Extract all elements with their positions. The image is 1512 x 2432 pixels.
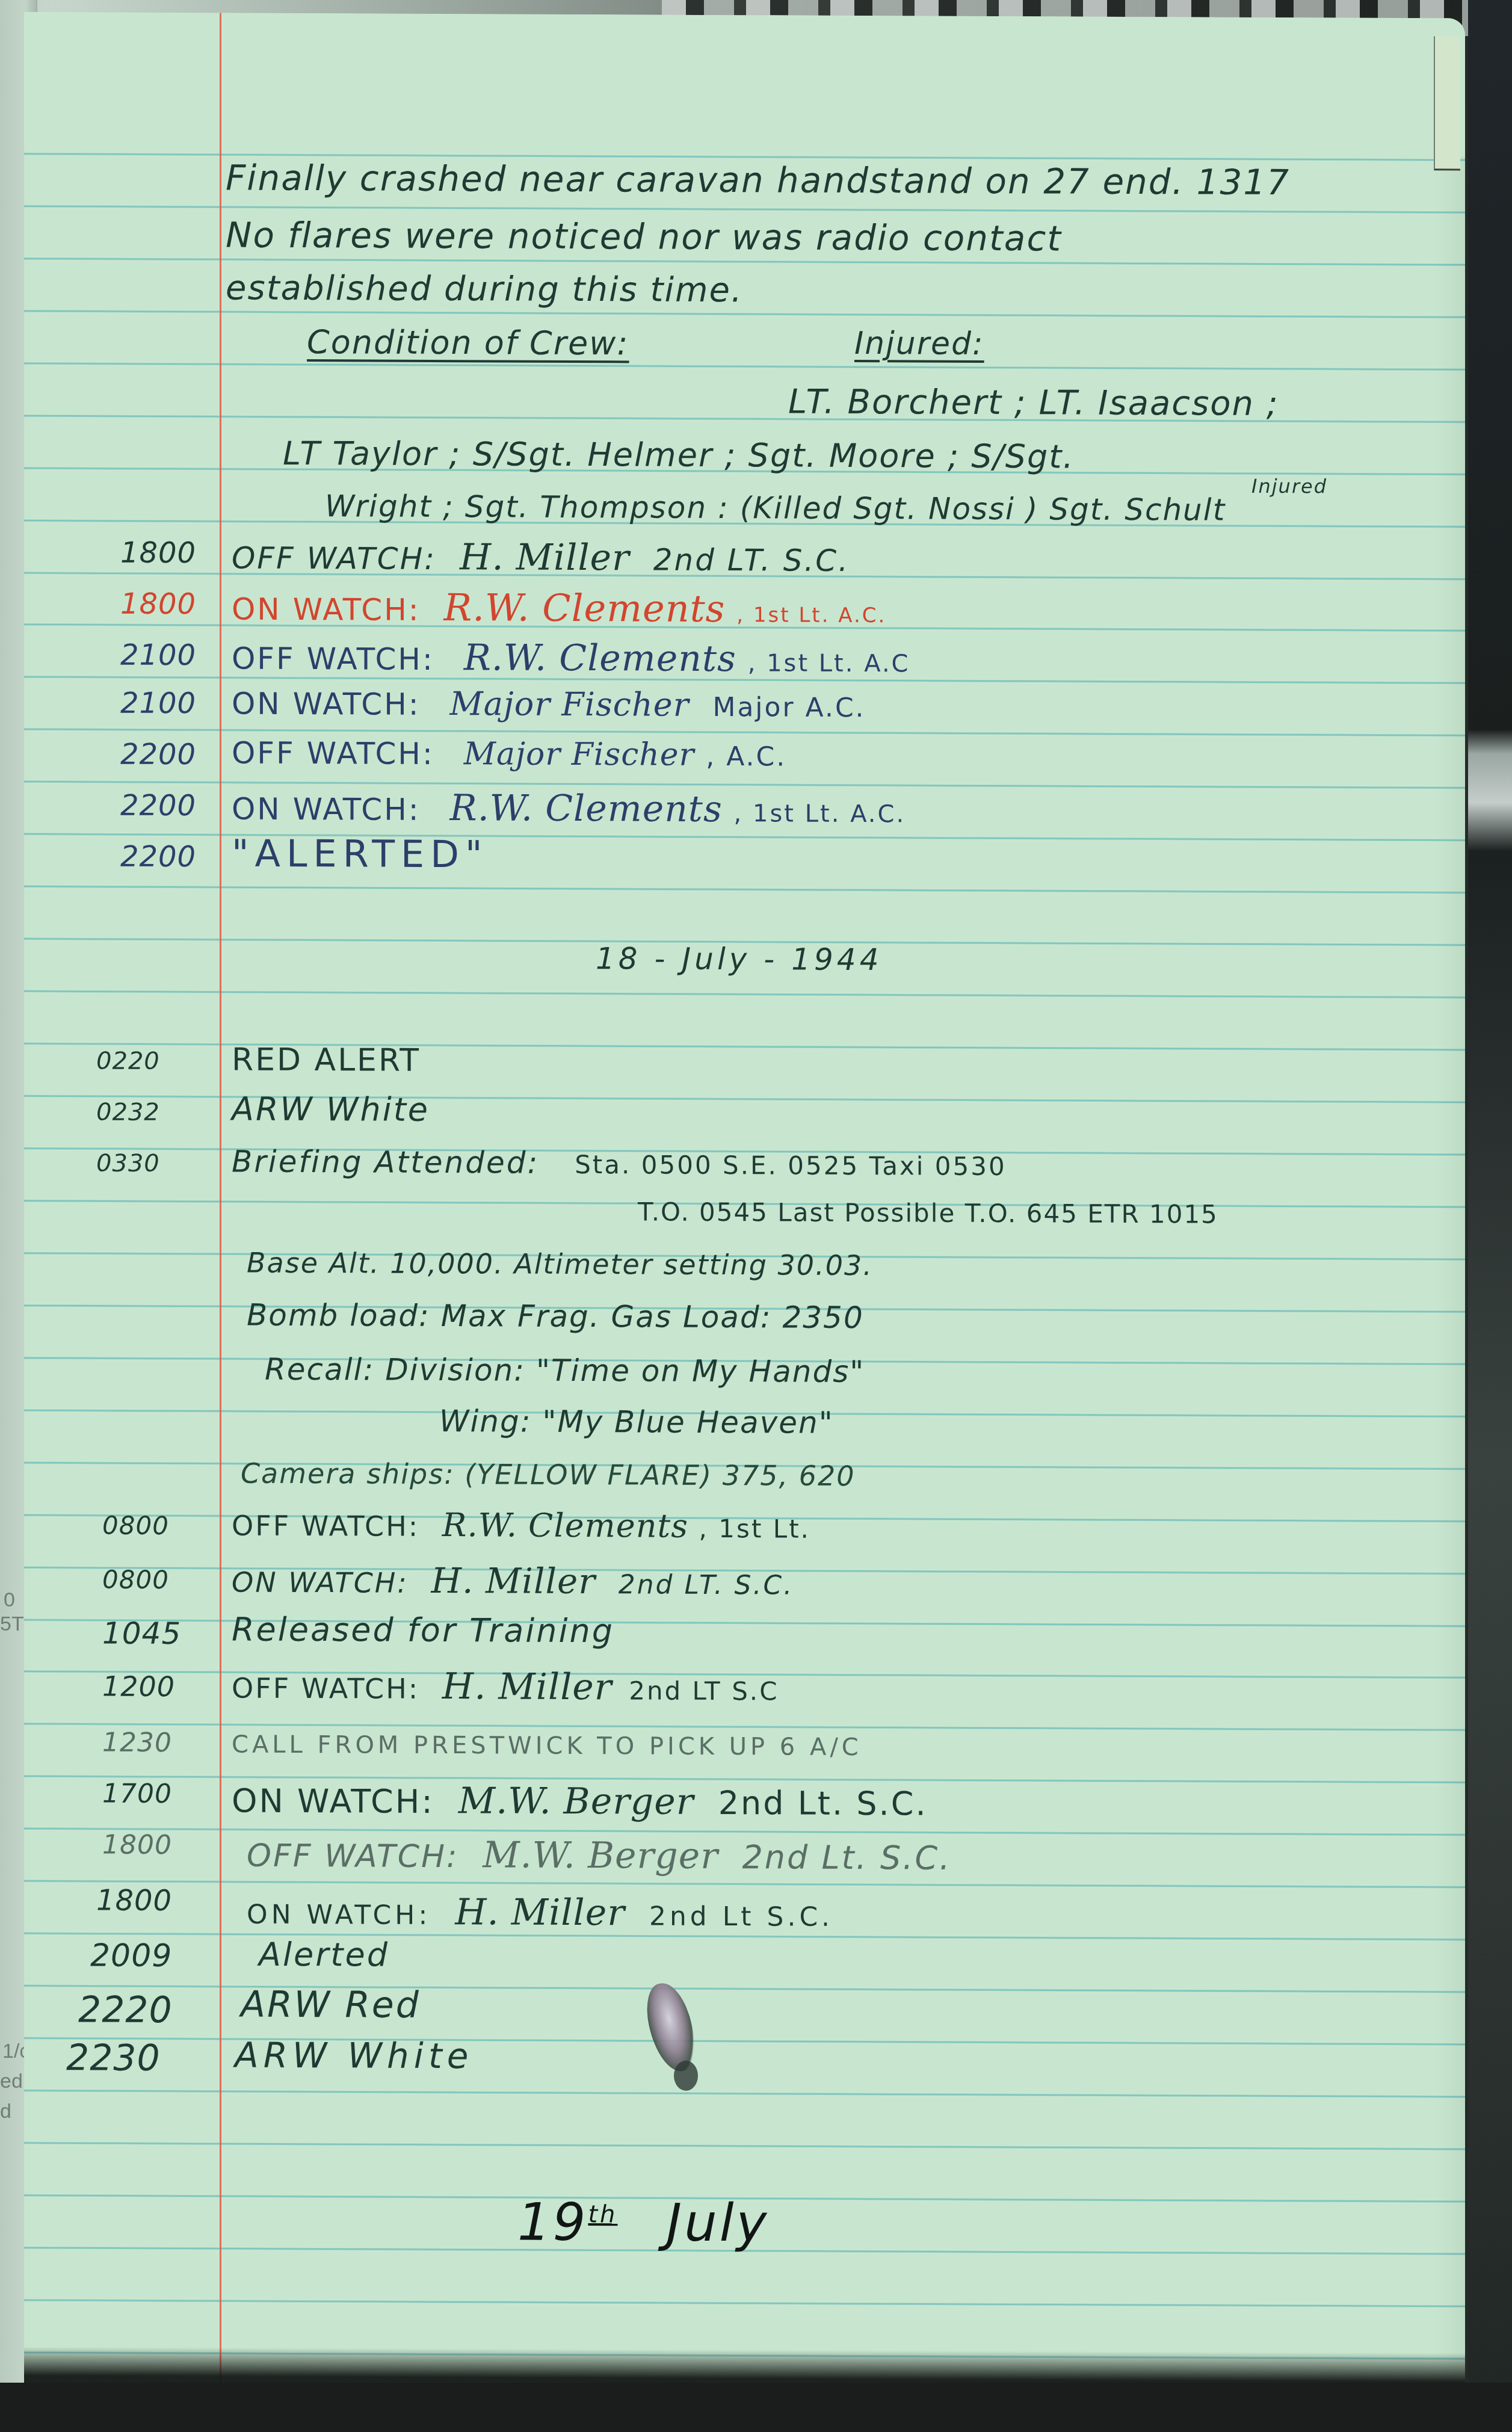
entry-time: 1700 [102, 1779, 172, 1810]
log-entry: ON WATCH: R.W. Clements , 1st Lt. A.C. [232, 786, 906, 832]
injured-heading: Injured: [854, 326, 984, 362]
log-entry: OFF WATCH: R.W. Clements , 1st Lt. A.C [232, 636, 910, 681]
briefing-recall-wing-line: Wing: "My Blue Heaven" [439, 1404, 834, 1440]
page-tab-corner [1434, 36, 1460, 170]
signature: M.W. Berger [483, 1834, 718, 1877]
crew-line-2: LT Taylor ; S/Sgt. Helmer ; Sgt. Moore ;… [283, 434, 1075, 476]
entry-time: 2220 [78, 1989, 173, 2031]
briefing-camera-ships-line: Camera ships: (YELLOW FLARE) 375, 620 [241, 1457, 856, 1492]
entry-text: OFF WATCH: [247, 1838, 459, 1875]
signature: R.W. Clements [442, 1506, 688, 1545]
signature: H. Miller [460, 536, 630, 579]
briefing-altitude-line: Base Alt. 10,000. Altimeter setting 30.0… [247, 1247, 873, 1282]
log-entry: OFF WATCH: M.W. Berger 2nd Lt. S.C. [247, 1833, 951, 1878]
entry-text: Briefing Attended: [232, 1144, 539, 1181]
entry-text: ON WATCH: [232, 1566, 409, 1599]
log-entry: CALL FROM PRESTWICK TO PICK UP 6 A/C [232, 1731, 862, 1762]
binder-edge [1468, 0, 1512, 2432]
crew-line-1: LT. Borchert ; LT. Isaacson ; [788, 383, 1279, 424]
log-entry: "ALERTED" [232, 832, 489, 877]
log-entry: OFF WATCH: R.W. Clements , 1st Lt. [232, 1505, 810, 1546]
entry-time: 0800 [102, 1565, 169, 1594]
date-month: July [667, 2193, 770, 2254]
briefing-takeoff-line: T.O. 0545 Last Possible T.O. 645 ETR 101… [638, 1197, 1218, 1229]
entry-text: ON WATCH: [232, 592, 421, 628]
log-entry: ARW Red [241, 1984, 421, 2026]
entry-time: 2200 [120, 738, 196, 772]
entry-text: OFF WATCH: [232, 641, 434, 677]
date-heading-19th-july: 19th July [517, 2193, 770, 2254]
entry-rank: 2nd LT S.C [629, 1676, 779, 1706]
briefing-times: Sta. 0500 S.E. 0525 Taxi 0530 [575, 1150, 1007, 1181]
narrative-line-3: established during this time. [226, 268, 743, 310]
narrative-line-2: No flares were noticed nor was radio con… [226, 214, 1062, 259]
crew-annotation-injured: Injured [1251, 475, 1327, 498]
log-entry: Released for Training [232, 1611, 614, 1650]
log-page: Finally crashed near caravan handstand o… [24, 12, 1465, 2395]
signature: R.W. Clements [464, 637, 736, 680]
entry-time: 0232 [96, 1099, 160, 1126]
ink-smudge-stain [641, 1979, 701, 2076]
entry-time: 1800 [120, 536, 196, 570]
crew-heading: Condition of Crew: [307, 323, 629, 362]
log-entry: OFF WATCH: H. Miller 2nd LT. S.C. [232, 535, 850, 580]
prev-page-fragment: 0 [4, 1588, 15, 1612]
ink-smudge-stain [674, 2061, 698, 2091]
log-entry: ON WATCH: H. Miller 2nd Lt S.C. [247, 1890, 833, 1935]
entry-text: "ALERTED" [232, 832, 489, 877]
signature: H. Miller [442, 1665, 613, 1708]
entry-text: OFF WATCH: [232, 736, 434, 771]
entry-rank: , 1st Lt. A.C. [736, 603, 886, 628]
log-entry: ARW White [232, 1090, 430, 1129]
narrative-line-1: Finally crashed near caravan handstand o… [226, 157, 1290, 203]
entry-rank: 2nd Lt S.C. [649, 1901, 833, 1933]
entry-rank: , 1st Lt. [699, 1514, 810, 1544]
entry-rank: Major A.C. [712, 692, 865, 723]
briefing-recall-division-line: Recall: Division: "Time on My Hands" [265, 1352, 865, 1389]
entry-time: 1800 [120, 587, 196, 622]
entry-time: 2230 [66, 2037, 161, 2079]
entry-time: 0800 [102, 1511, 169, 1540]
signature: Major Fischer [450, 685, 690, 724]
log-entry: ON WATCH: Major Fischer Major A.C. [232, 684, 866, 725]
entry-time: 1045 [102, 1616, 181, 1652]
entry-text: ON WATCH: [232, 687, 421, 722]
log-entry: Alerted [259, 1936, 389, 1974]
prev-page-fragment: ed [0, 2070, 23, 2093]
red-margin-line [220, 13, 221, 2389]
entry-rank: , 1st Lt. A.C. [734, 800, 906, 828]
date-suffix: th [588, 2200, 617, 2228]
entry-time: 1800 [96, 1884, 172, 1918]
entry-time: 0220 [96, 1048, 160, 1075]
log-entry: ON WATCH: M.W. Berger 2nd Lt. S.C. [232, 1779, 928, 1824]
log-entry: RED ALERT [232, 1042, 421, 1079]
entry-text: ON WATCH: [232, 1782, 434, 1821]
entry-time: 2200 [120, 789, 196, 823]
entry-time: 1200 [102, 1670, 175, 1703]
entry-rank: 2nd Lt. S.C. [718, 1784, 928, 1823]
crew-line-3: Wright ; Sgt. Thompson : (Killed Sgt. No… [325, 489, 1226, 528]
entry-rank: , 1st Lt. A.C [748, 649, 910, 677]
photo-scene: 0 5Th 1/c ed d Finally crashed near cara… [0, 0, 1512, 2432]
log-entry: Briefing Attended: Sta. 0500 S.E. 0525 T… [232, 1144, 1007, 1183]
page-header-blank [24, 12, 1465, 156]
date-heading-18-july-1944: 18 - July - 1944 [596, 941, 882, 977]
entry-rank: , A.C. [706, 741, 786, 773]
prev-page-fragment: d [0, 2100, 11, 2123]
entry-time: 2100 [120, 687, 196, 721]
entry-time: 1230 [102, 1727, 172, 1759]
log-entry: OFF WATCH: H. Miller 2nd LT S.C [232, 1665, 779, 1709]
signature: R.W. Clements [444, 585, 726, 631]
signature: H. Miller [455, 1891, 625, 1934]
entry-rank: 2nd Lt. S.C. [742, 1838, 951, 1877]
signature: H. Miller [431, 1560, 596, 1602]
signature: M.W. Berger [458, 1780, 694, 1823]
log-entry: OFF WATCH: Major Fischer , A.C. [232, 735, 786, 774]
table-surface [0, 2383, 1512, 2432]
entry-text: OFF WATCH: [232, 541, 436, 576]
signature: Major Fischer [464, 736, 695, 773]
entry-text: ON WATCH: [232, 792, 421, 827]
entry-time: 2100 [120, 638, 196, 673]
entry-text: OFF WATCH: [232, 1672, 419, 1705]
log-entry: ARW White [235, 2035, 473, 2077]
entry-text: ON WATCH: [247, 1900, 431, 1931]
date-day: 19 [517, 2193, 588, 2253]
entry-time: 2009 [90, 1937, 172, 1974]
entry-text: OFF WATCH: [232, 1510, 419, 1543]
log-entry: ON WATCH: H. Miller 2nd LT. S.C. [232, 1560, 794, 1603]
log-entry: ON WATCH: R.W. Clements , 1st Lt. A.C. [232, 585, 886, 632]
signature: R.W. Clements [450, 787, 723, 830]
briefing-bomb-load-line: Bomb load: Max Frag. Gas Load: 2350 [247, 1298, 864, 1335]
entry-time: 2200 [120, 840, 196, 874]
entry-rank: 2nd LT. S.C. [653, 543, 850, 578]
entry-time: 0330 [96, 1150, 160, 1177]
entry-time: 1800 [102, 1830, 172, 1861]
entry-rank: 2nd LT. S.C. [619, 1569, 794, 1600]
